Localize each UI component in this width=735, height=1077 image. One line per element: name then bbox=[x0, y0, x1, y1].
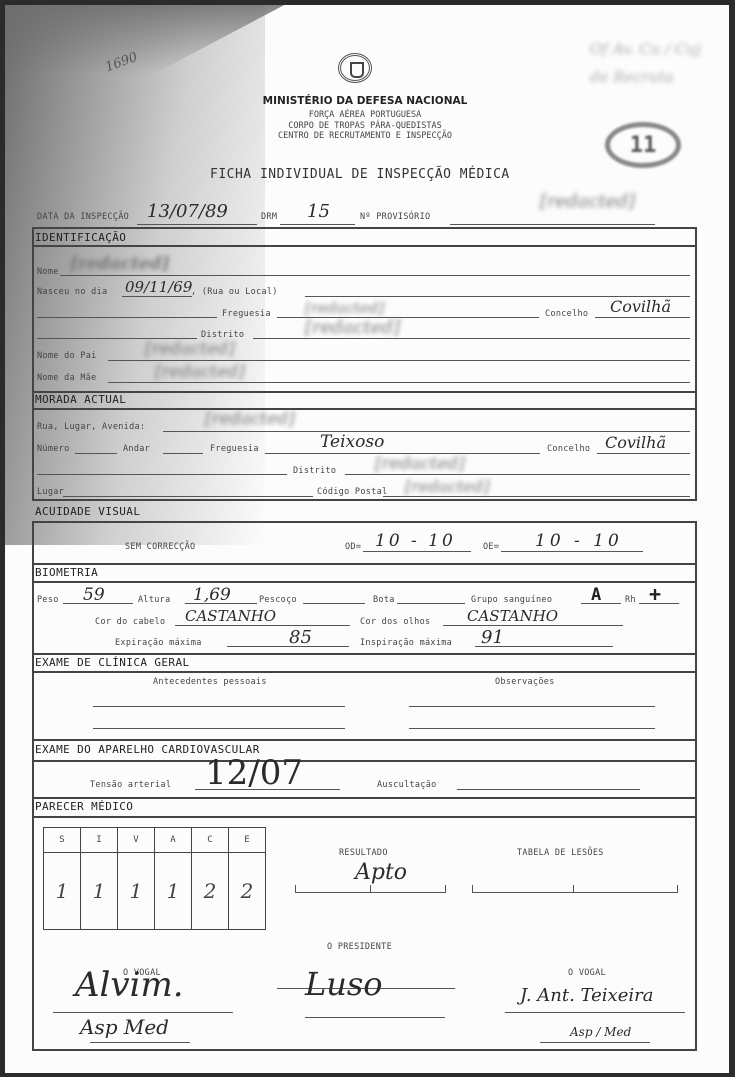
acuidade-title: ACUIDADE VISUAL bbox=[35, 505, 140, 518]
morada-concelho-label: Concelho bbox=[547, 444, 590, 454]
concelho-value[interactable]: Covilhã bbox=[610, 297, 671, 316]
sivace-value-a[interactable]: 1 bbox=[155, 853, 192, 930]
number-stamp: 11 bbox=[605, 122, 681, 168]
sivace-value-v[interactable]: 1 bbox=[118, 853, 155, 930]
signature-vogal-right-name: Asp / Med bbox=[570, 1025, 631, 1039]
morada-rua-label: Rua, Lugar, Avenida: bbox=[37, 422, 145, 432]
margin-note: 1690 bbox=[103, 50, 139, 75]
freguesia-value[interactable]: [redacted] bbox=[305, 299, 384, 317]
pai-label: Nome do Pai bbox=[37, 351, 97, 361]
coat-of-arms-icon bbox=[338, 53, 372, 83]
numero-label: Número bbox=[37, 444, 70, 454]
bota-label: Bota bbox=[373, 595, 395, 605]
tabela-lesoes-line[interactable] bbox=[472, 892, 677, 893]
sivace-header-a: A bbox=[155, 828, 192, 853]
tabela-lesoes-label: TABELA DE LESÕES bbox=[517, 848, 604, 858]
od-label: OD= bbox=[345, 542, 361, 552]
auscultacao-label: Auscultação bbox=[377, 780, 437, 790]
oe-value[interactable]: 10 - 10 bbox=[535, 531, 623, 551]
header-subtitles: FORÇA AÉREA PORTUGUESA CORPO DE TROPAS P… bbox=[205, 110, 525, 142]
identificacao-title: IDENTIFICAÇÃO bbox=[35, 231, 126, 244]
tensao-label: Tensão arterial bbox=[90, 780, 171, 790]
presidente-label: O PRESIDENTE bbox=[327, 942, 392, 952]
resultado-label: RESULTADO bbox=[339, 848, 388, 858]
cabelo-label: Cor do cabelo bbox=[95, 617, 165, 627]
parecer-title: PARECER MÉDICO bbox=[35, 800, 133, 813]
sivace-header-row: S I V A C E bbox=[44, 828, 266, 853]
pescoco-label: Pescoço bbox=[259, 595, 297, 605]
morada-freguesia-label: Freguesia bbox=[210, 444, 259, 454]
od-value[interactable]: 10 - 10 bbox=[375, 531, 456, 551]
signature-presidente: Luso bbox=[305, 965, 383, 1003]
provisional-label: Nº PROVISÓRIO bbox=[360, 212, 430, 222]
expiracao-value[interactable]: 85 bbox=[289, 627, 312, 648]
biometria-title: BIOMETRIA bbox=[35, 566, 98, 579]
date-label: DATA DA INSPECÇÃO bbox=[37, 212, 129, 222]
signature-vogal-right: J. Ant. Teixeira bbox=[520, 985, 653, 1006]
distrito-value[interactable]: [redacted] bbox=[305, 317, 400, 338]
clinica-title: EXAME DE CLÍNICA GERAL bbox=[35, 656, 190, 669]
olhos-label: Cor dos olhos bbox=[360, 617, 430, 627]
sivace-value-e[interactable]: 2 bbox=[229, 853, 266, 930]
sivace-header-s: S bbox=[44, 828, 81, 853]
oe-label: OE= bbox=[483, 542, 499, 552]
resultado-value[interactable]: Apto bbox=[355, 860, 407, 885]
morada-freguesia-value[interactable]: Teixoso bbox=[320, 432, 384, 452]
cabelo-value[interactable]: CASTANHO bbox=[185, 607, 276, 625]
sivace-header-e: E bbox=[229, 828, 266, 853]
sivace-header-i: I bbox=[81, 828, 118, 853]
sivace-values-row: 1 1 1 1 2 2 bbox=[44, 853, 266, 930]
observacoes-line-2[interactable] bbox=[409, 728, 655, 729]
sivace-value-i[interactable]: 1 bbox=[81, 853, 118, 930]
sivace-header-v: V bbox=[118, 828, 155, 853]
date-value[interactable]: 13/07/89 bbox=[147, 201, 228, 222]
morada-distrito-value[interactable]: [redacted] bbox=[375, 454, 465, 474]
peso-value[interactable]: 59 bbox=[83, 585, 105, 605]
morada-concelho-value[interactable]: Covilhã bbox=[605, 433, 666, 452]
form-title: FICHA INDIVIDUAL DE INSPECÇÃO MÉDICA bbox=[210, 167, 510, 182]
antecedentes-line-1[interactable] bbox=[93, 706, 345, 707]
nasceu-label: Nasceu no dia bbox=[37, 287, 107, 297]
sivace-table: S I V A C E 1 1 1 1 2 2 bbox=[43, 827, 266, 930]
grupo-sanguineo-label: Grupo sanguíneo bbox=[471, 595, 552, 605]
header-sub3: CENTRO DE RECRUTAMENTO E INSPECÇÃO bbox=[205, 131, 525, 142]
nome-value[interactable]: [redacted] bbox=[70, 254, 170, 274]
codigo-postal-value[interactable]: [redacted] bbox=[405, 477, 489, 496]
antecedentes-line-2[interactable] bbox=[93, 728, 345, 729]
expiracao-label: Expiração máxima bbox=[115, 638, 202, 648]
lugar-label: Lugar bbox=[37, 487, 64, 497]
signature-vogal-left: Alvim. bbox=[75, 965, 184, 1005]
stamp-number: 11 bbox=[630, 133, 657, 158]
pai-value[interactable]: [redacted] bbox=[145, 339, 235, 359]
antecedentes-label: Antecedentes pessoais bbox=[153, 677, 267, 687]
sem-correccao-label: SEM CORRECÇÃO bbox=[125, 542, 195, 552]
inspiracao-label: Inspiração máxima bbox=[360, 638, 452, 648]
morada-distrito-label: Distrito bbox=[293, 466, 336, 476]
sivace-value-c[interactable]: 2 bbox=[192, 853, 229, 930]
observacoes-line-1[interactable] bbox=[409, 706, 655, 707]
drm-value[interactable]: 15 bbox=[307, 201, 330, 222]
altura-value[interactable]: 1,69 bbox=[193, 585, 231, 605]
altura-label: Altura bbox=[138, 595, 171, 605]
document-page: 1690 Of Av. Cu / Cuj de Recruta 11 MINIS… bbox=[5, 5, 729, 1073]
concelho-label: Concelho bbox=[545, 309, 588, 319]
rua-local-label: , (Rua ou Local) bbox=[191, 287, 278, 297]
morada-title: MORADA ACTUAL bbox=[35, 393, 126, 406]
olhos-value[interactable]: CASTANHO bbox=[467, 607, 558, 625]
andar-label: Andar bbox=[123, 444, 150, 454]
observacoes-label: Observações bbox=[495, 677, 555, 687]
inspiracao-value[interactable]: 91 bbox=[481, 627, 504, 648]
drm-label: DRM bbox=[261, 212, 277, 222]
header-sub2: CORPO DE TROPAS PÁRA-QUEDISTAS bbox=[205, 121, 525, 132]
vogal-right-label: O VOGAL bbox=[568, 968, 606, 978]
grupo-sanguineo-value[interactable]: A bbox=[591, 585, 601, 605]
morada-rua-value[interactable]: [redacted] bbox=[205, 409, 295, 429]
tensao-value[interactable]: 12/07 bbox=[205, 753, 303, 793]
peso-label: Peso bbox=[37, 595, 59, 605]
nasceu-value[interactable]: 09/11/69 bbox=[125, 278, 192, 296]
nome-label: Nome bbox=[37, 267, 59, 277]
mae-value[interactable]: [redacted] bbox=[155, 362, 245, 382]
rh-label: Rh bbox=[625, 595, 636, 605]
sivace-value-s[interactable]: 1 bbox=[44, 853, 81, 930]
provisional-value[interactable]: [redacted] bbox=[540, 191, 635, 212]
corner-note: Of Av. Cu / Cuj de Recruta bbox=[590, 35, 720, 91]
ministry-title: MINISTÉRIO DA DEFESA NACIONAL bbox=[205, 95, 525, 107]
mae-label: Nome da Mãe bbox=[37, 373, 97, 383]
sivace-header-c: C bbox=[192, 828, 229, 853]
codigo-postal-label: Código Postal bbox=[317, 487, 387, 497]
freguesia-label: Freguesia bbox=[222, 309, 271, 319]
rh-value[interactable]: + bbox=[649, 582, 661, 606]
header-sub1: FORÇA AÉREA PORTUGUESA bbox=[205, 110, 525, 121]
signature-vogal-left-name: Asp Med bbox=[80, 1015, 169, 1039]
